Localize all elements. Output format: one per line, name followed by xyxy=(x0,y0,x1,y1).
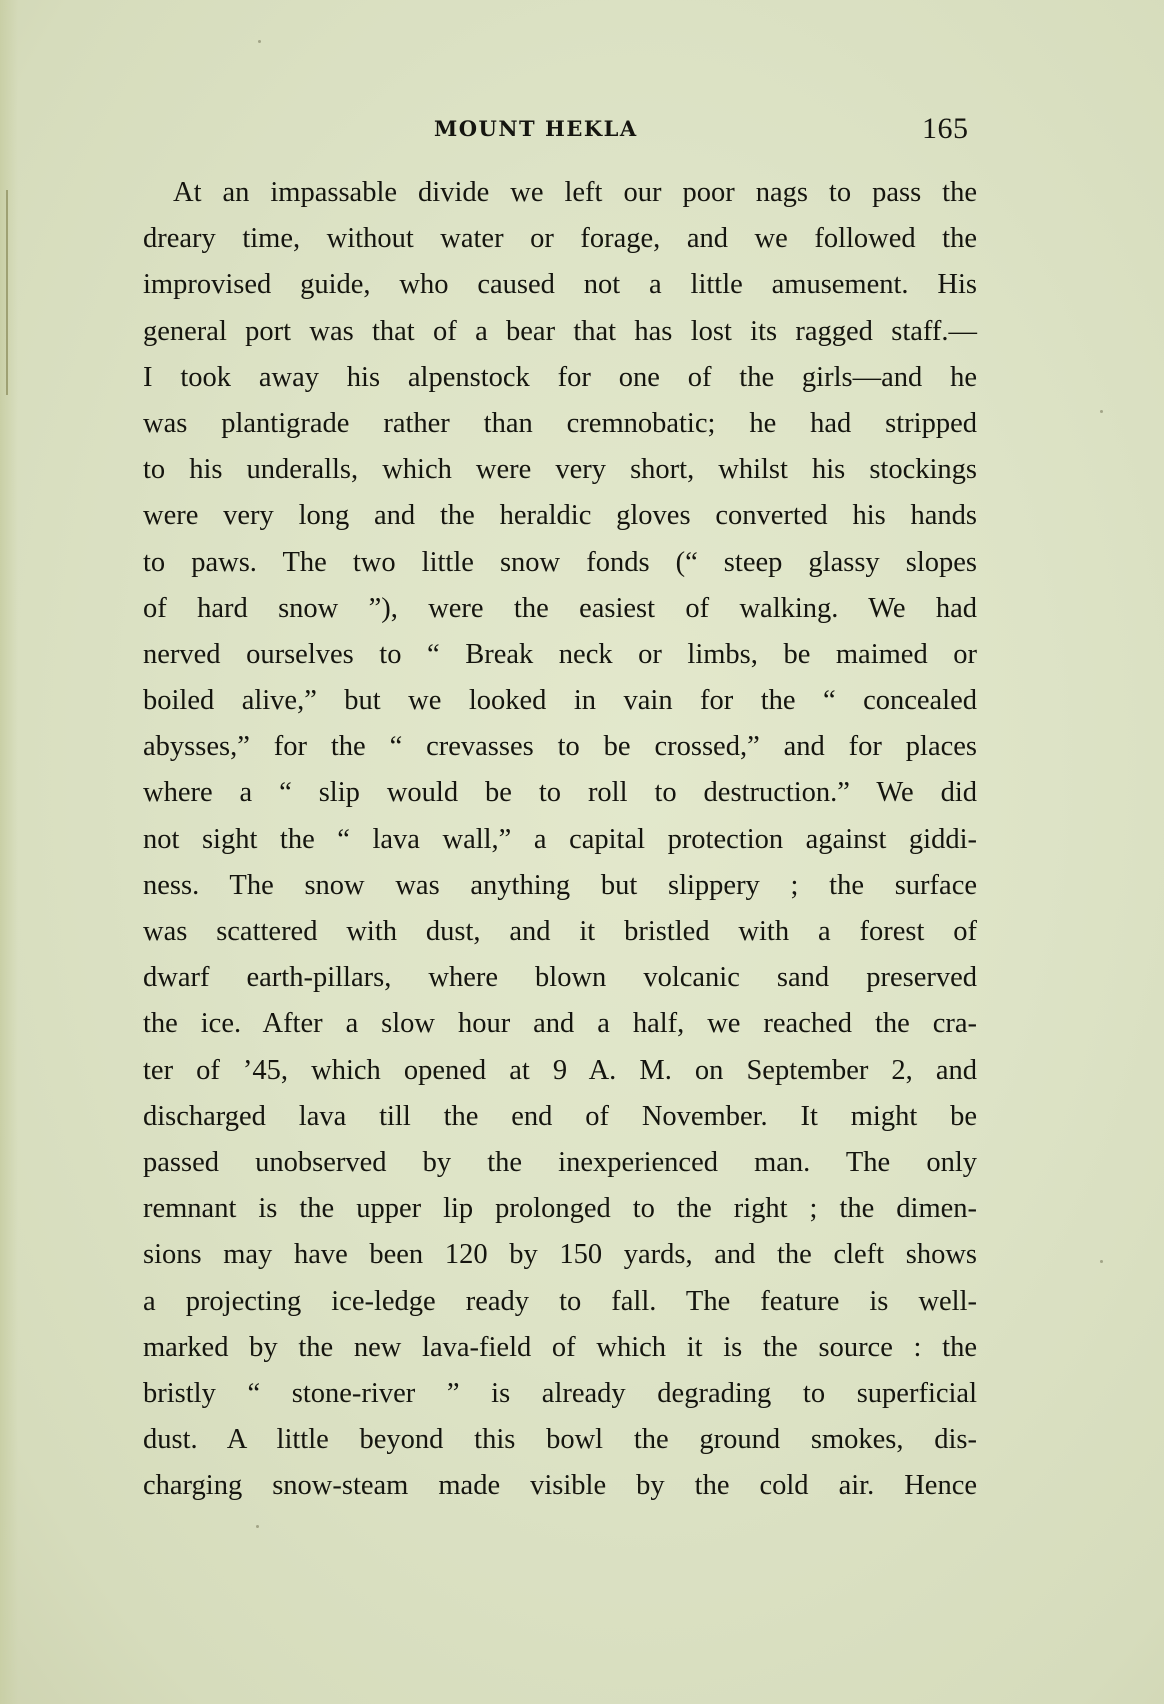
text-line: not sight the “ lava wall,” a capital pr… xyxy=(143,817,977,863)
text-line: were very long and the heraldic gloves c… xyxy=(143,493,977,539)
text-line: to his underalls, which were very short,… xyxy=(143,447,977,493)
text-line: passed unobserved by the inexperienced m… xyxy=(143,1140,977,1186)
text-line: marked by the new lava-field of which it… xyxy=(143,1325,977,1371)
paper-speck xyxy=(256,1525,259,1528)
page-number: 165 xyxy=(922,112,969,146)
text-line: abysses,” for the “ crevasses to be cros… xyxy=(143,724,977,770)
text-line: nerved ourselves to “ Break neck or limb… xyxy=(143,632,977,678)
text-line: dust. A little beyond this bowl the grou… xyxy=(143,1417,977,1463)
book-page: MOUNT HEKLA 165 At an impassable divide … xyxy=(0,0,1164,1704)
text-line: remnant is the upper lip prolonged to th… xyxy=(143,1186,977,1232)
text-line: discharged lava till the end of November… xyxy=(143,1094,977,1140)
text-line: where a “ slip would be to roll to destr… xyxy=(143,770,977,816)
text-line: general port was that of a bear that has… xyxy=(143,309,977,355)
text-line: improvised guide, who caused not a littl… xyxy=(143,262,977,308)
text-line: ness. The snow was anything but slippery… xyxy=(143,863,977,909)
running-title: MOUNT HEKLA xyxy=(434,116,638,141)
running-header: MOUNT HEKLA 165 xyxy=(0,112,1164,152)
text-line: charging snow-steam made visible by the … xyxy=(143,1463,977,1509)
text-line: was plantigrade rather than cremnobatic;… xyxy=(143,401,977,447)
text-line: sions may have been 120 by 150 yards, an… xyxy=(143,1232,977,1278)
paper-speck xyxy=(258,40,261,43)
text-line: bristly “ stone-river ” is already degra… xyxy=(143,1371,977,1417)
body-paragraph: At an impassable divide we left our poor… xyxy=(143,170,977,1509)
text-line: ter of ’45, which opened at 9 A. M. on S… xyxy=(143,1048,977,1094)
text-line: At an impassable divide we left our poor… xyxy=(143,170,977,216)
gutter-line xyxy=(6,190,8,395)
text-line: was scattered with dust, and it bristled… xyxy=(143,909,977,955)
text-line: to paws. The two little snow fonds (“ st… xyxy=(143,540,977,586)
text-line: boiled alive,” but we looked in vain for… xyxy=(143,678,977,724)
text-line: dwarf earth-pillars, where blown volcani… xyxy=(143,955,977,1001)
text-line: dreary time, without water or forage, an… xyxy=(143,216,977,262)
text-line: a projecting ice-ledge ready to fall. Th… xyxy=(143,1279,977,1325)
page-gutter-shadow xyxy=(0,0,18,1704)
paper-speck xyxy=(1100,1260,1103,1263)
text-line: I took away his alpenstock for one of th… xyxy=(143,355,977,401)
paper-speck xyxy=(1100,410,1103,413)
text-line: of hard snow ”), were the easiest of wal… xyxy=(143,586,977,632)
text-line: the ice. After a slow hour and a half, w… xyxy=(143,1001,977,1047)
